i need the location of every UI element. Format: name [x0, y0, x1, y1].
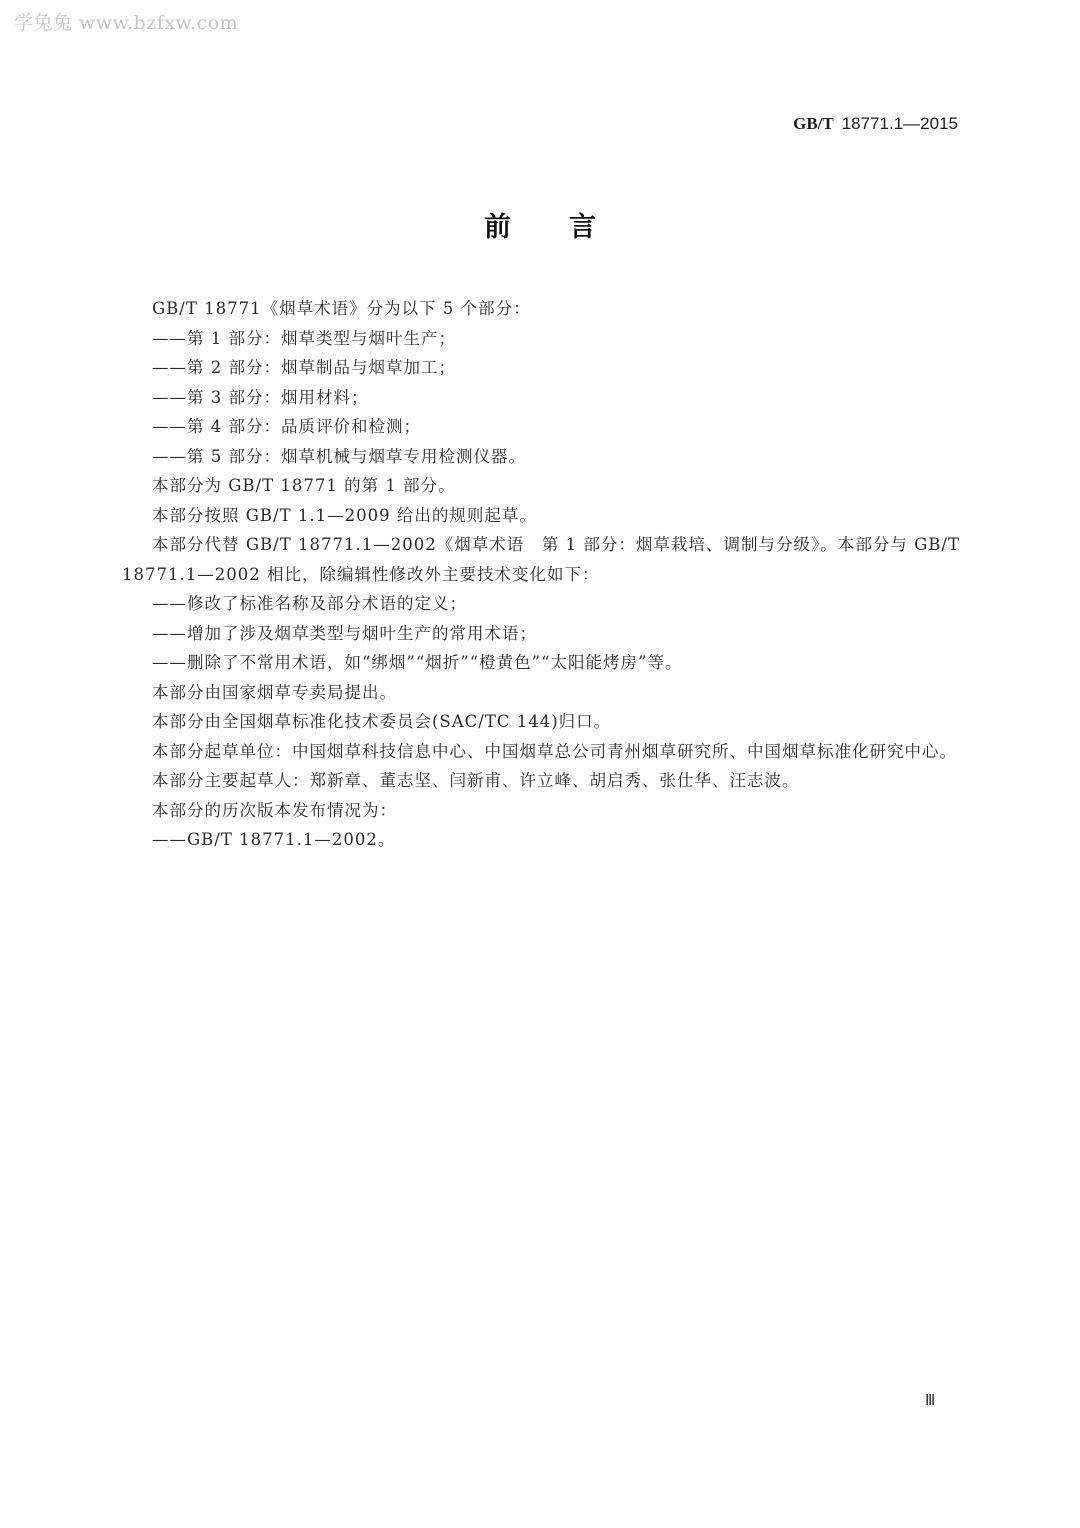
- part-of-statement: 本部分为 GB/T 18771 的第 1 部分。: [122, 471, 960, 501]
- part-item-3: ——第 3 部分：烟用材料；: [122, 383, 960, 413]
- history-intro: 本部分的历次版本发布情况为：: [122, 796, 960, 826]
- history-item-1: ——GB/T 18771.1—2002。: [122, 825, 960, 855]
- drafting-rules-statement: 本部分按照 GB/T 1.1—2009 给出的规则起草。: [122, 501, 960, 531]
- proposed-by-statement: 本部分由国家烟草专卖局提出。: [122, 678, 960, 708]
- part-item-4: ——第 4 部分：品质评价和检测；: [122, 412, 960, 442]
- replaces-statement: 本部分代替 GB/T 18771.1—2002《烟草术语 第 1 部分：烟草栽培…: [122, 530, 960, 589]
- page-number: Ⅲ: [925, 1391, 934, 1410]
- part-item-5: ——第 5 部分：烟草机械与烟草专用检测仪器。: [122, 442, 960, 472]
- title-char-1: 前: [484, 212, 511, 243]
- standard-number: GB/T18771.1—2015: [793, 114, 958, 134]
- drafters-statement: 本部分主要起草人：郑新章、董志坚、闫新甫、许立峰、胡启秀、张仕华、汪志波。: [122, 766, 960, 796]
- watermark: 学兔兔 www.bzfxw.com: [14, 8, 238, 35]
- part-item-2: ——第 2 部分：烟草制品与烟草加工；: [122, 353, 960, 383]
- standard-code: 18771.1—2015: [842, 114, 958, 133]
- title-char-2: 言: [569, 212, 596, 243]
- change-item-3: ——删除了不常用术语，如“绑烟”“烟折”“橙黄色”“太阳能烤房”等。: [122, 648, 960, 678]
- part-item-1: ——第 1 部分：烟草类型与烟叶生产；: [122, 324, 960, 354]
- standard-prefix: GB/T: [793, 114, 834, 133]
- parts-intro: GB/T 18771《烟草术语》分为以下 5 个部分：: [122, 294, 960, 324]
- change-item-1: ——修改了标准名称及部分术语的定义；: [122, 589, 960, 619]
- foreword-body: GB/T 18771《烟草术语》分为以下 5 个部分： ——第 1 部分：烟草类…: [122, 294, 960, 855]
- drafting-units-statement: 本部分起草单位：中国烟草科技信息中心、中国烟草总公司青州烟草研究所、中国烟草标准…: [122, 737, 960, 767]
- change-item-2: ——增加了涉及烟草类型与烟叶生产的常用术语；: [122, 619, 960, 649]
- page-title: 前言: [0, 205, 1080, 244]
- centralized-by-statement: 本部分由全国烟草标准化技术委员会(SAC/TC 144)归口。: [122, 707, 960, 737]
